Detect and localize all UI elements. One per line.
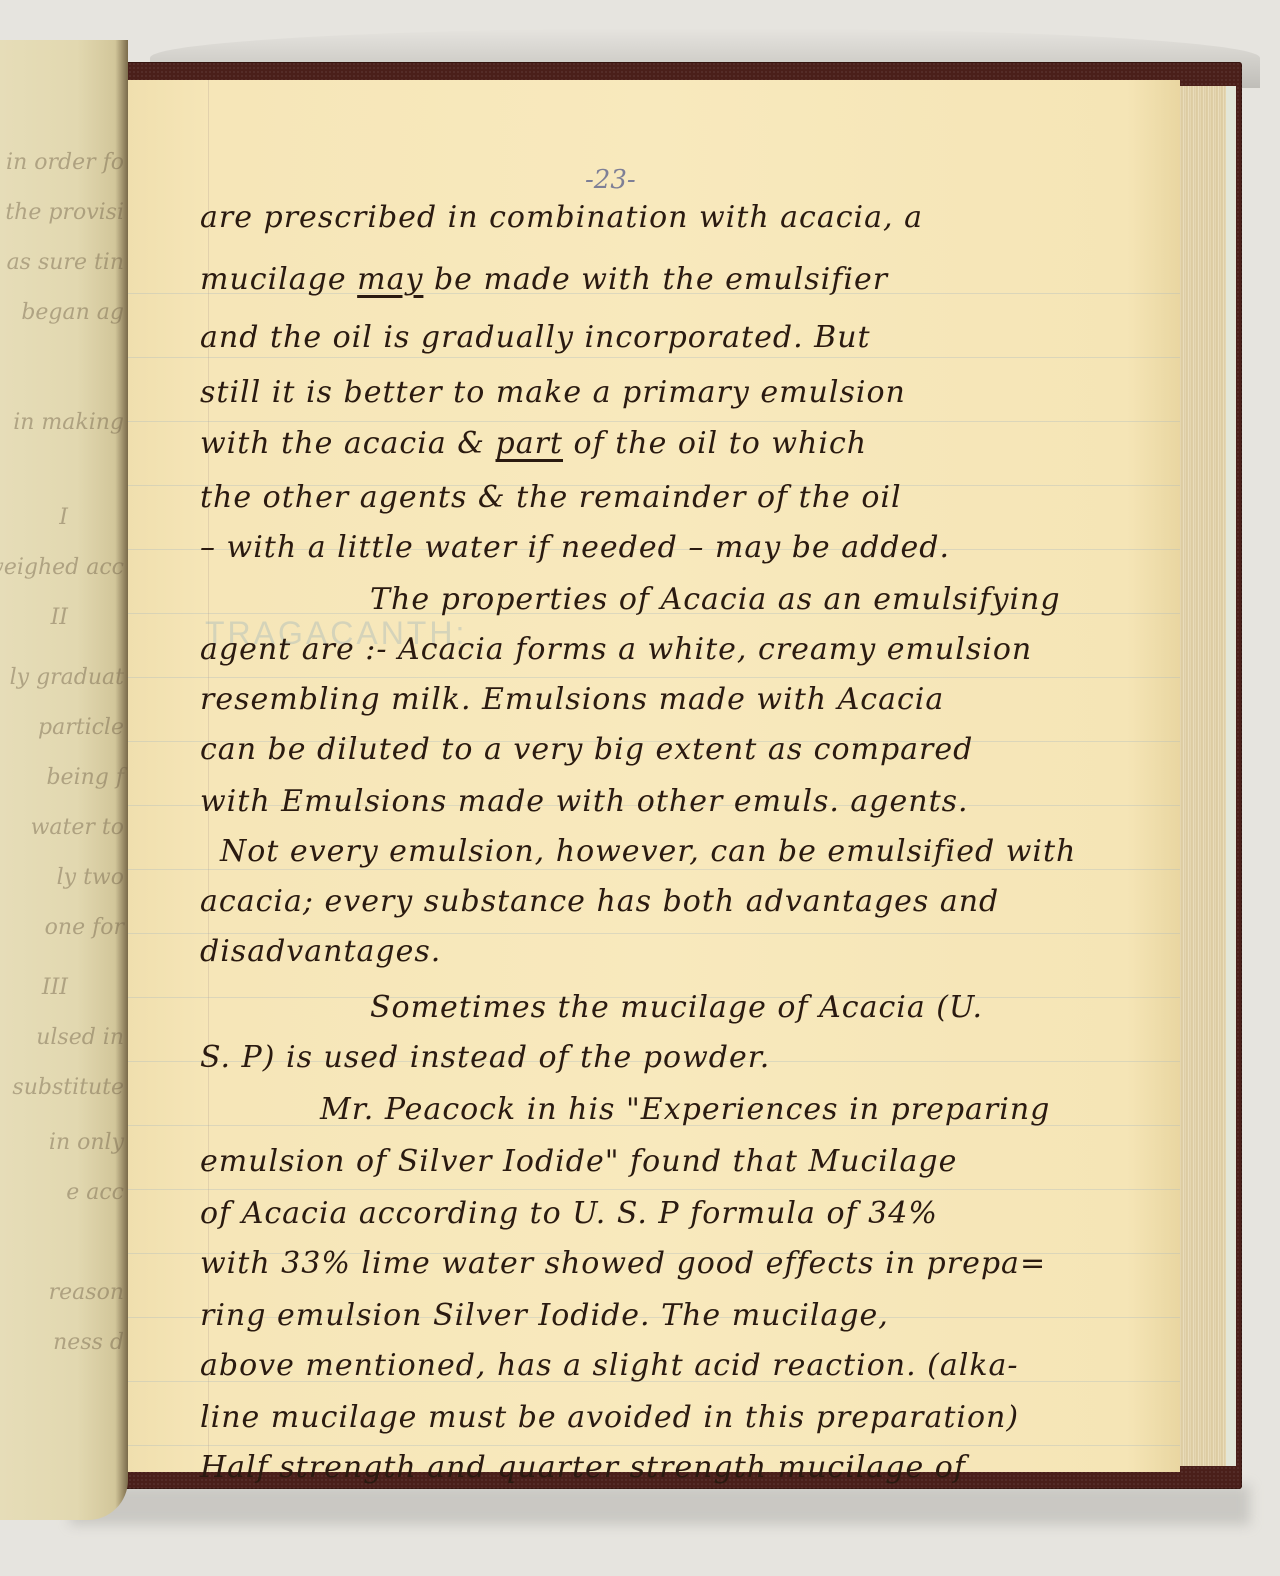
text-line: ring emulsion Silver Iodide. The mucilag… [200, 1298, 889, 1333]
text-line: still it is better to make a primary emu… [200, 375, 906, 410]
text-line: Not every emulsion, however, can be emul… [220, 834, 1076, 869]
left-fragment: II [51, 605, 68, 630]
left-fragment: in making [13, 410, 124, 435]
text-line: Half strength and quarter strength mucil… [200, 1450, 966, 1485]
left-fragment: ulsed in [36, 1025, 124, 1050]
left-fragment: ly graduat [10, 665, 124, 690]
left-fragment: e acc [66, 1180, 124, 1205]
left-fragment: one for [45, 915, 124, 940]
text-line: and the oil is gradually incorporated. B… [200, 320, 871, 355]
text-line: mucilage may be made with the emulsifier [200, 262, 888, 297]
text-line: – with a little water if needed – may be… [200, 530, 950, 565]
left-page-bleed-text: in order fo the provisi as sure tin bega… [0, 40, 128, 1520]
text-line: the other agents & the remainder of the … [200, 480, 902, 515]
left-fragment: ly two [57, 865, 124, 890]
left-fragment: III [42, 975, 68, 1000]
left-fragment: in order fo [6, 150, 124, 175]
left-fragment: particle [38, 715, 124, 740]
left-fragment: water to [31, 815, 124, 840]
left-fragment: ness d [53, 1330, 124, 1355]
left-fragment: as sure tin [7, 250, 124, 275]
page-number: -23- [585, 165, 636, 195]
text-line: above mentioned, has a slight acid react… [200, 1348, 1019, 1383]
text-line: of Acacia according to U. S. P formula o… [200, 1196, 938, 1231]
text-line: with 33% lime water showed good effects … [200, 1246, 1046, 1281]
text-line: Mr. Peacock in his "Experiences in prepa… [320, 1092, 1050, 1127]
text-line: resembling milk. Emulsions made with Aca… [200, 682, 944, 717]
text-line: with Emulsions made with other emuls. ag… [200, 784, 969, 819]
text-line: disadvantages. [200, 934, 441, 969]
left-fragment: substitute [12, 1075, 124, 1100]
text-line: S. P) is used instead of the powder. [200, 1040, 770, 1075]
text-line: The properties of Acacia as an emulsifyi… [370, 582, 1061, 617]
text-line: line mucilage must be avoided in this pr… [200, 1400, 1019, 1435]
bottom-shadow [70, 1485, 1250, 1525]
left-fragment: I [59, 505, 68, 530]
text-line: can be diluted to a very big extent as c… [200, 732, 973, 767]
left-fragment: in only [49, 1130, 124, 1155]
left-fragment: reason [49, 1280, 124, 1305]
text-line: are prescribed in combination with acaci… [200, 200, 923, 235]
left-fragment: weighed acc [0, 555, 124, 580]
text-line: agent are :- Acacia forms a white, cream… [200, 632, 1032, 667]
text-line: acacia; every substance has both advanta… [200, 884, 999, 919]
left-fragment: the provisi [5, 200, 124, 225]
left-fragment: began ag [21, 300, 124, 325]
text-line: emulsion of Silver Iodide" found that Mu… [200, 1144, 957, 1179]
left-fragment: being f [46, 765, 124, 790]
text-line: with the acacia & part of the oil to whi… [200, 426, 867, 461]
left-page-curl: in order fo the provisi as sure tin bega… [0, 40, 128, 1520]
text-line: Sometimes the mucilage of Acacia (U. [370, 990, 983, 1025]
